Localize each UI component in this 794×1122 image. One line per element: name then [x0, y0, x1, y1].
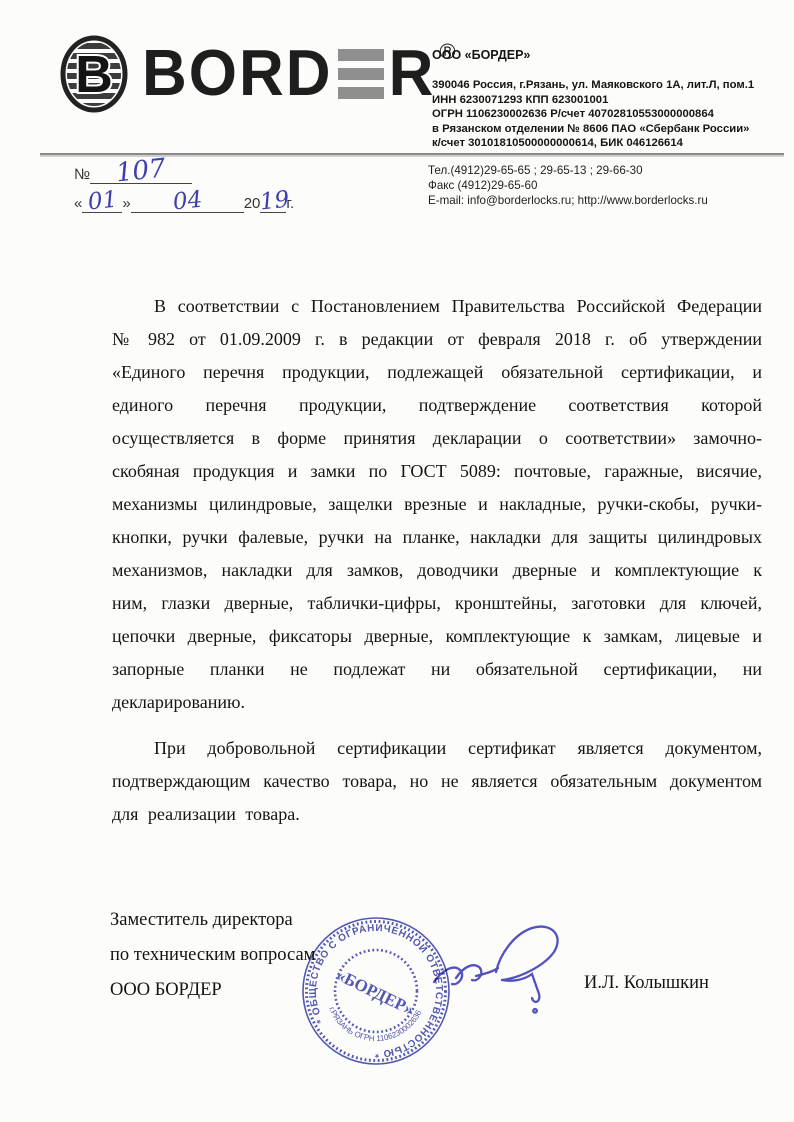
company-address-line: 390046 Россия, г.Рязань, ул. Маяковского…: [432, 78, 787, 93]
company-corr-account-line: к/счет 30101810500000000614, БИК 0461266…: [432, 136, 787, 151]
signer-name: И.Л. Колышкин: [584, 973, 709, 994]
brand-wordmark: BORD R ®: [142, 43, 456, 105]
logo-emblem-icon: B: [58, 34, 130, 114]
company-bank-line: в Рязанском отделении № 8606 ПАО «Сберба…: [432, 122, 787, 137]
signer-title-line-1: Заместитель директора: [110, 903, 315, 938]
emblem-letter: B: [75, 46, 113, 104]
doc-meta: №107 «01»042019г.: [74, 158, 294, 222]
stylized-e-bars-icon: [338, 49, 384, 99]
email-website-line: E-mail: info@borderlocks.ru; http://www.…: [428, 194, 708, 209]
doc-number-value: 107: [115, 155, 167, 186]
brand-text-left: BORD: [142, 41, 333, 106]
handwritten-signature-icon: [398, 912, 578, 1027]
doc-number-row: №107: [74, 158, 294, 190]
date-day-value: 01: [87, 189, 119, 215]
company-details: ООО «БОРДЕР» 390046 Россия, г.Рязань, ул…: [432, 48, 787, 151]
body-paragraph-1: В соответствии с Постановлением Правител…: [112, 290, 762, 719]
signer-company: ООО БОРДЕР: [110, 973, 315, 1008]
company-name: ООО «БОРДЕР»: [432, 48, 787, 62]
company-ogrn-account-line: ОГРН 1106230002636 Р/счет 40702810553000…: [432, 107, 787, 122]
phone-line: Тел.(4912)29-65-65 ; 29-65-13 ; 29-66-30: [428, 164, 708, 179]
doc-date-row: «01»042019г.: [74, 190, 294, 222]
company-inn-kpp-line: ИНН 6230071293 КПП 623001001: [432, 93, 787, 108]
brand-text-right: R: [389, 41, 436, 106]
date-close-quote: »: [122, 195, 130, 212]
company-logo: B BORD R ®: [58, 34, 456, 114]
signer-title-line-2: по техническим вопросам: [110, 938, 315, 973]
doc-number-label: №: [74, 166, 90, 183]
date-open-quote: «: [74, 195, 82, 212]
date-month-value: 04: [171, 189, 203, 215]
contact-info: Тел.(4912)29-65-65 ; 29-65-13 ; 29-66-30…: [428, 164, 708, 208]
fax-line: Факс (4912)29-65-60: [428, 179, 708, 194]
body-paragraph-2: При добровольной сертификации сертификат…: [112, 732, 762, 831]
letter-body: В соответствии с Постановлением Правител…: [112, 290, 762, 831]
date-year-prefix: 20: [244, 195, 261, 212]
date-year-value: 19: [259, 189, 291, 215]
letter-page: B BORD R ® ООО «БОРДЕР» 390046 Россия, г…: [0, 0, 794, 1122]
signature-titles: Заместитель директора по техническим воп…: [110, 903, 315, 1008]
